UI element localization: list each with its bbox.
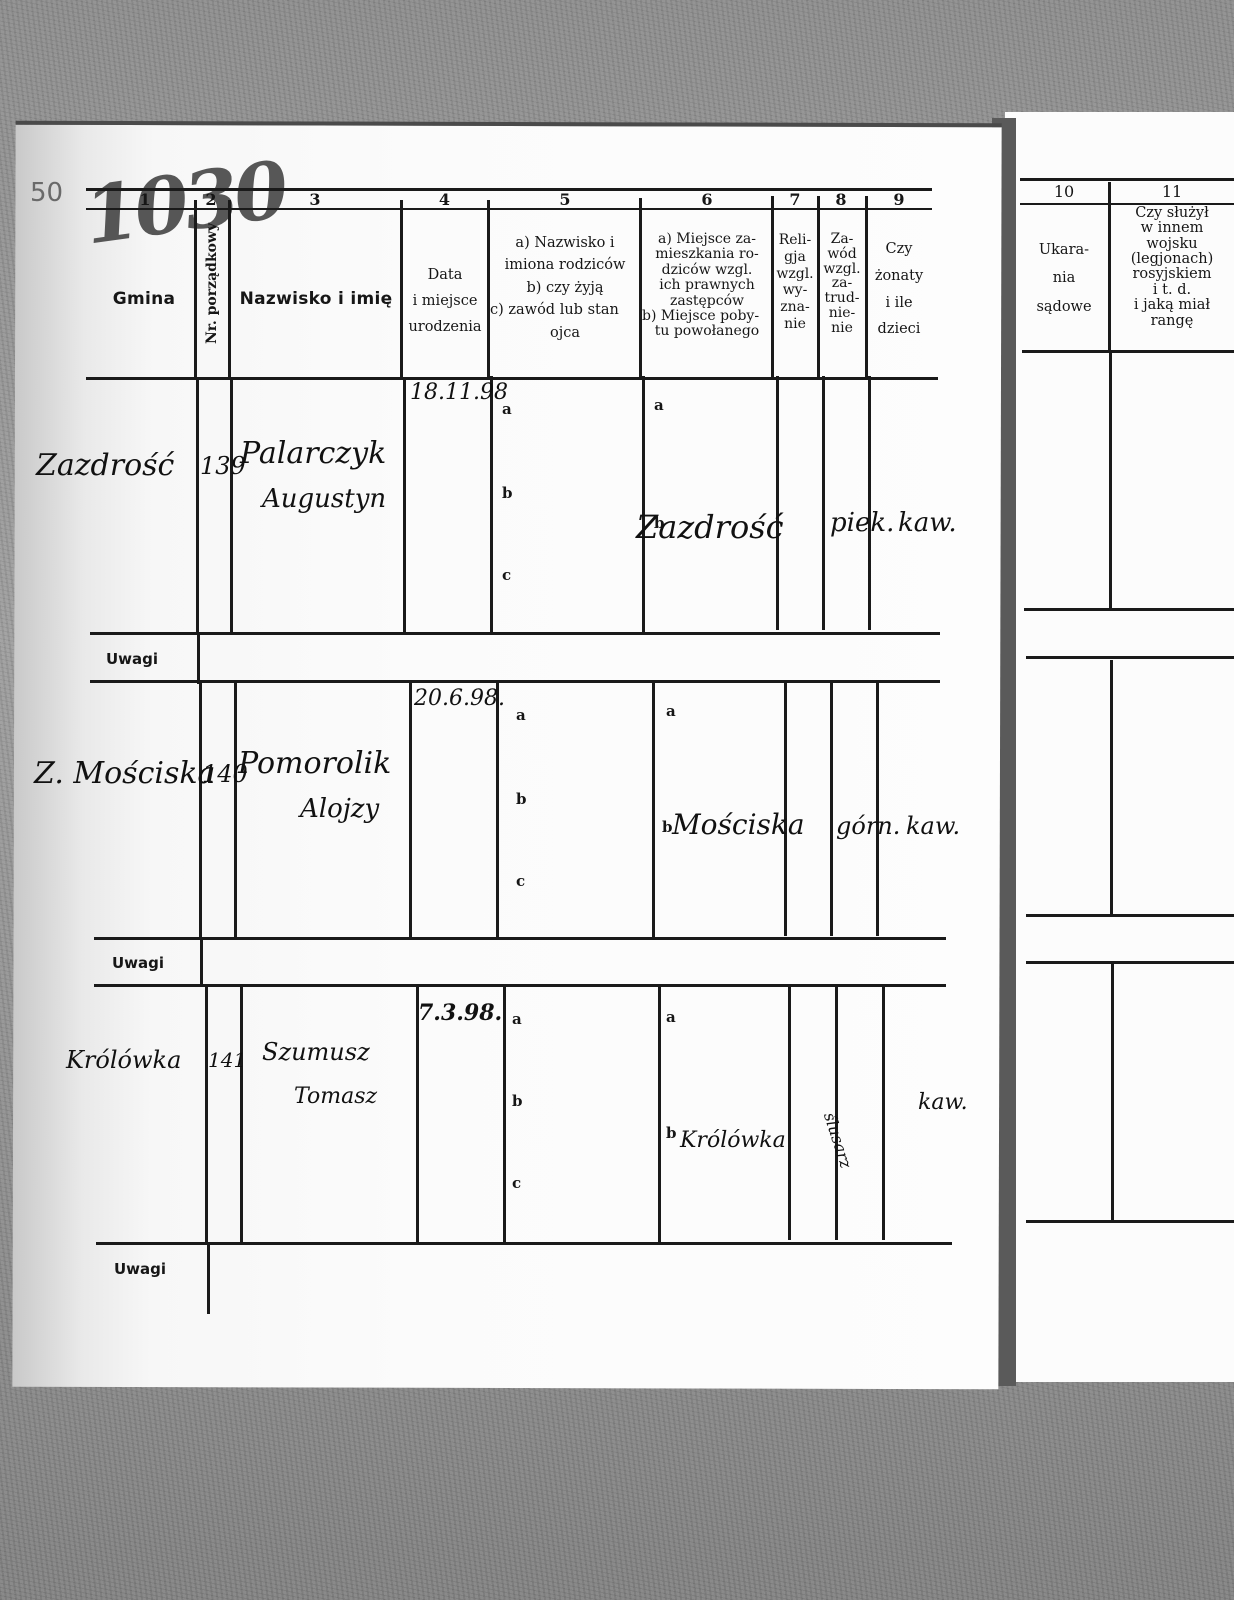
header-data-urodzenia: Data i miejsce urodzenia [402,262,488,340]
row-divider [868,376,871,630]
col-number-8: 8 [818,190,864,209]
header-text-line: a) Miejsce za- [642,232,772,247]
header-text-line: w innem [1110,221,1234,236]
col-number-3: 3 [230,190,400,209]
remarks-bottom-rule [94,984,946,987]
row-divider [196,378,199,632]
record-2-birth-date: 20.6.98. [414,686,505,711]
header-text-line: tu powołanego [642,324,772,339]
record-3-label-6b: b [666,1124,677,1142]
facing-row-rule [1026,1220,1234,1223]
header-text-line: Czy służył [1110,206,1234,221]
row-divider [876,682,879,936]
row-divider [230,378,233,632]
remarks-top-rule [94,937,946,940]
header-text-line: wzgl. [818,262,866,277]
header-text-line: Czy [866,236,932,263]
record-3-residence: Królówka [680,1128,786,1153]
record-3-label-6a: a [666,1008,676,1026]
facing-row-divider [1109,352,1112,610]
record-2-occupation: górn. [836,812,900,840]
header-text-line: gja [772,249,818,266]
record-2-label-a: a [516,706,526,724]
header-text-line: (legjonach) [1110,252,1234,267]
record-3-surname: Szumusz [262,1038,370,1066]
record-1-label-6a: a [654,396,664,414]
record-2-first-name: Alojzy [300,794,379,824]
header-text-line: wód [818,247,866,262]
row-divider [652,682,655,938]
facing-row-rule [1026,914,1234,917]
header-text-line: Za- [818,232,866,247]
header-czy-zonaty: Czy żonaty i ile dzieci [866,236,932,343]
header-text-line: dzieci [866,316,932,343]
record-3-gmina: Królówka [66,1046,181,1074]
header-text-line: mieszkania ro- [642,247,772,262]
header-rodzice: a) Nazwisko i imiona rodziców b) czy żyj… [490,232,640,344]
header-divider [639,198,642,378]
row-divider [205,986,208,1242]
row-divider [496,682,499,938]
header-religia: Reli- gja wzgl. wy- zna- nie [772,232,818,333]
header-text-line: ojca [490,322,640,344]
header-text-line: i ile [866,290,932,317]
header-text-line: dziców wzgl. [642,263,772,278]
record-1-occupation: piek. [830,508,894,538]
remarks-top-rule [96,1242,952,1245]
remarks-divider [200,939,203,987]
record-3-marital: kaw. [918,1090,968,1115]
facing-row-rule [1026,656,1234,659]
remarks-label: Uwagi [112,954,164,972]
remarks-top-rule [90,632,940,635]
header-text-line: wzgl. [772,266,818,283]
record-2-marital: kaw. [906,812,960,840]
remarks-divider [207,1244,210,1314]
header-text-line: c) zawód lub stan [490,299,640,321]
remarks-label: Uwagi [106,650,158,668]
header-text-line: nie [818,321,866,336]
row-divider [822,376,825,630]
header-bottom-rule [86,377,938,380]
header-text-line: b) Miejsce poby- [642,309,772,324]
col-number-7: 7 [772,190,818,209]
record-1-birth-date: 18.11.98 [410,380,508,405]
record-3-label-a: a [512,1010,522,1028]
header-text-line: rangę [1110,314,1234,329]
header-text-line: ich prawnych [642,278,772,293]
remarks-bottom-rule [90,680,940,683]
header-text-line: i t. d. [1110,283,1234,298]
header-divider [194,200,197,378]
record-3-birth-date: 7.3.98. [418,1000,502,1026]
row-divider [882,986,885,1240]
record-2-surname: Pomorolik [238,746,391,781]
row-divider [642,376,645,632]
col-number-10: 10 [1020,182,1108,201]
record-1-residence: Zazdrość [636,508,784,546]
record-2-label-6b: b [662,818,673,836]
facing-row-divider [1110,660,1113,916]
row-divider [403,378,406,632]
record-3-first-name: Tomasz [294,1084,377,1109]
row-divider [776,376,779,630]
col-number-11: 11 [1110,182,1234,201]
header-text-line: Reli- [772,232,818,249]
row-divider [490,376,493,632]
header-text-line: rosyjskiem [1110,267,1234,282]
header-divider [817,196,820,378]
header-text-line: zna- [772,299,818,316]
row-divider [409,682,412,938]
header-divider [400,200,403,378]
header-text-line: zastępców [642,294,772,309]
header-miejsce-zamieszkania: a) Miejsce za- mieszkania ro- dziców wzg… [642,232,772,340]
header-nr-porzadkowy: Nr. porządkowy [204,224,220,344]
facing-row-divider [1111,964,1114,1222]
header-divider [487,200,490,378]
header-text-line: żonaty [866,263,932,290]
header-text-line: i jaką miał [1110,298,1234,313]
record-1-gmina: Zazdrość [36,448,174,483]
record-2-gmina: Z. Mościska [34,756,215,791]
facing-row-rule [1026,961,1234,964]
header-text-line: nia [1020,264,1108,292]
header-text-line: sądowe [1020,293,1108,321]
record-1-first-name: Augustyn [262,484,386,514]
header-text-line: wojsku [1110,237,1234,252]
row-divider [199,682,202,938]
row-divider [234,682,237,938]
col-number-4: 4 [402,190,487,209]
col-number-9: 9 [866,190,932,209]
record-1-nr: 139 [200,452,246,480]
header-sluzba-wojskowa: Czy służył w innem wojsku (legjonach) ro… [1110,206,1234,329]
header-text-line: b) czy żyją [490,277,640,299]
header-text-line: nie [772,316,818,333]
row-divider [240,986,243,1242]
header-divider [228,200,231,378]
record-3-label-c: c [512,1174,521,1192]
header-text-line: za- [818,276,866,291]
record-3-nr: 141 [208,1048,246,1072]
header-text-line: imiona rodziców [490,254,640,276]
header-divider [771,196,774,378]
facing-row-rule [1024,608,1234,611]
record-1-label-a: a [502,400,512,418]
header-text-line: nie- [818,306,866,321]
facing-header-top-rule [1020,178,1234,181]
record-3-label-b: b [512,1092,523,1110]
header-zawod: Za- wód wzgl. za- trud- nie- nie [818,232,866,336]
header-ukarania-sadowe: Ukara- nia sądowe [1020,236,1108,321]
row-divider [658,986,661,1242]
record-1-surname: Palarczyk [240,436,386,471]
facing-header-bottom-rule [1022,350,1234,353]
header-gmina: Gmina [96,290,192,309]
header-text-line: i miejsce [402,288,488,314]
remarks-label: Uwagi [114,1260,166,1278]
header-text-line: Data [402,262,488,288]
record-1-label-c: c [502,566,511,584]
header-text-line: a) Nazwisko i [490,232,640,254]
col-number-1: 1 [100,190,190,209]
record-2-residence: Mościska [672,808,805,841]
col-number-6: 6 [642,190,772,209]
record-2-label-6a: a [666,702,676,720]
header-divider [865,196,868,378]
record-1-label-b: b [502,484,513,502]
row-divider [503,986,506,1242]
header-text-line: wy- [772,282,818,299]
row-divider [830,682,833,936]
row-divider [788,986,791,1240]
header-text-line: trud- [818,291,866,306]
record-2-label-c: c [516,872,525,890]
header-nazwisko-imie: Nazwisko i imię [232,290,400,309]
page-number: 50 [30,178,63,208]
col-number-2: 2 [196,190,226,209]
remarks-divider [197,634,200,684]
record-1-marital: kaw. [898,508,957,538]
header-text-line: Ukara- [1020,236,1108,264]
header-text-line: urodzenia [402,314,488,340]
col-number-5: 5 [490,190,640,209]
record-2-label-b: b [516,790,527,808]
